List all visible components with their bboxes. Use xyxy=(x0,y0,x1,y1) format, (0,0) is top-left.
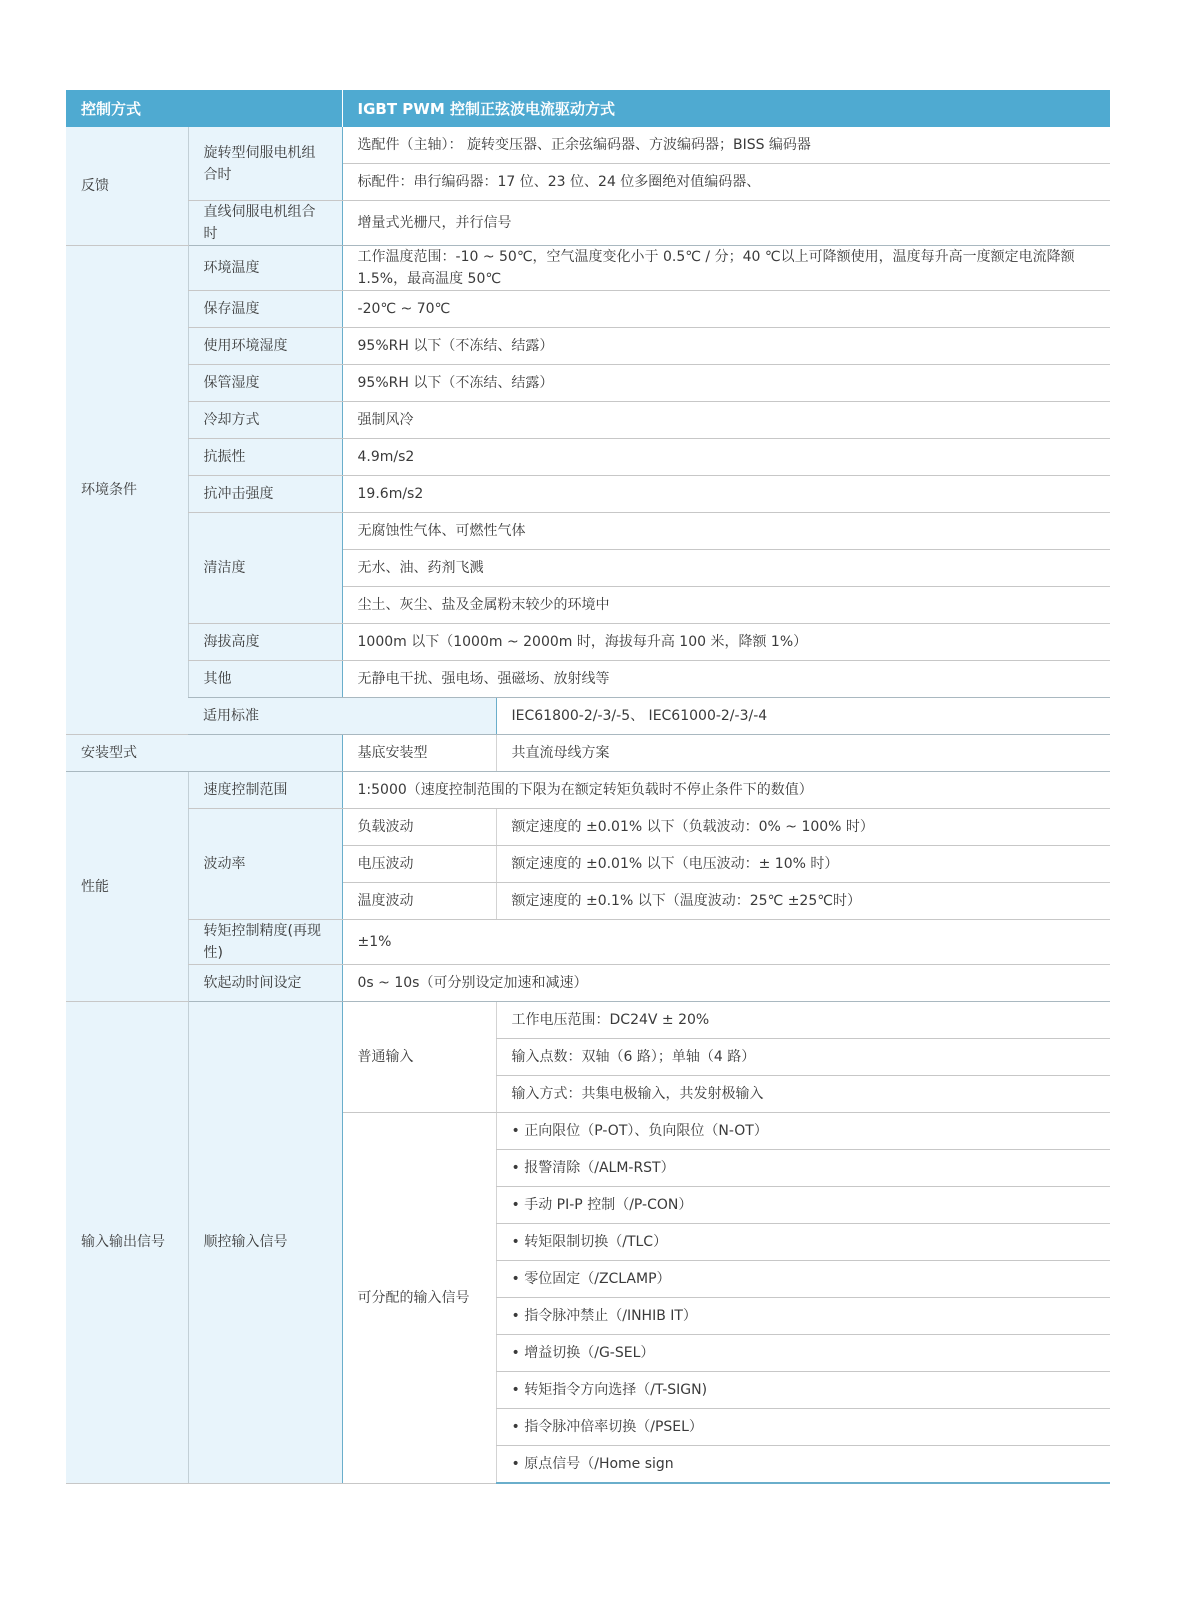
table-row: 保存温度 -20℃ ~ 70℃ xyxy=(66,291,1110,328)
row-sublabel: 可分配的输入信号 xyxy=(342,1113,496,1484)
row-value: 强制风冷 xyxy=(342,402,1110,439)
row-value: 1:5000（速度控制范围的下限为在额定转矩负载时不停止条件下的数值） xyxy=(342,772,1110,809)
table-row: 转矩控制精度(再现性) ±1% xyxy=(66,920,1110,965)
table-header-row: 控制方式 IGBT PWM 控制正弦波电流驱动方式 xyxy=(66,90,1110,127)
row-value: 共直流母线方案 xyxy=(496,735,1110,772)
table-row: 抗振性 4.9m/s2 xyxy=(66,439,1110,476)
row-value: 输入点数：双轴（6 路）；单轴（4 路） xyxy=(496,1039,1110,1076)
row-value: 95%RH 以下（不冻结、结露） xyxy=(342,365,1110,402)
row-value: 19.6m/s2 xyxy=(342,476,1110,513)
table-row: 安装型式 基底安装型 共直流母线方案 xyxy=(66,735,1110,772)
row-value: 额定速度的 ±0.1% 以下（温度波动：25℃ ±25℃时） xyxy=(496,883,1110,920)
row-label: 速度控制范围 xyxy=(188,772,342,809)
row-value: 无水、油、药剂飞溅 xyxy=(342,550,1110,587)
row-value: 95%RH 以下（不冻结、结露） xyxy=(342,328,1110,365)
list-item: • 转矩限制切换（/TLC） xyxy=(496,1224,1110,1261)
row-label: 直线伺服电机组合时 xyxy=(188,201,342,246)
table-row: 抗冲击强度 19.6m/s2 xyxy=(66,476,1110,513)
row-label-standards: 适用标准 xyxy=(188,698,496,735)
list-item: • 正向限位（P-OT）、负向限位（N-OT） xyxy=(496,1113,1110,1150)
row-label: 清洁度 xyxy=(188,513,342,624)
table-row: 直线伺服电机组合时 增量式光栅尺，并行信号 xyxy=(66,201,1110,246)
row-value: 1000m 以下（1000m ~ 2000m 时，海拔每升高 100 米，降额 … xyxy=(342,624,1110,661)
row-label: 转矩控制精度(再现性) xyxy=(188,920,342,965)
row-value: 基底安装型 xyxy=(342,735,496,772)
row-value: ±1% xyxy=(342,920,1110,965)
table-row: 清洁度 无腐蚀性气体、可燃性气体 xyxy=(66,513,1110,550)
row-value: 尘土、灰尘、盐及金属粉末较少的环境中 xyxy=(342,587,1110,624)
row-value: 标配件：串行编码器：17 位、23 位、24 位多圈绝对值编码器、 xyxy=(342,164,1110,201)
table-row: 波动率 负载波动 额定速度的 ±0.01% 以下（负载波动：0% ~ 100% … xyxy=(66,809,1110,846)
row-label: 波动率 xyxy=(188,809,342,920)
row-value: 输入方式：共集电极输入，共发射极输入 xyxy=(496,1076,1110,1113)
group-label-performance: 性能 xyxy=(66,772,188,1002)
row-label: 其他 xyxy=(188,661,342,698)
row-value: 额定速度的 ±0.01% 以下（负载波动：0% ~ 100% 时） xyxy=(496,809,1110,846)
row-value: 选配件（主轴）： 旋转变压器、正余弦编码器、方波编码器；BISS 编码器 xyxy=(342,127,1110,164)
list-item: • 增益切换（/G-SEL） xyxy=(496,1335,1110,1372)
row-sublabel: 温度波动 xyxy=(342,883,496,920)
table-row: 环境条件 环境温度 工作温度范围：-10 ~ 50℃，空气温度变化小于 0.5℃… xyxy=(66,246,1110,291)
table-row: 性能 速度控制范围 1:5000（速度控制范围的下限为在额定转矩负载时不停止条件… xyxy=(66,772,1110,809)
group-label-environment: 环境条件 xyxy=(66,246,188,735)
row-sublabel: 电压波动 xyxy=(342,846,496,883)
row-value: 工作温度范围：-10 ~ 50℃，空气温度变化小于 0.5℃ / 分；40 ℃以… xyxy=(342,246,1110,291)
row-label: 顺控输入信号 xyxy=(188,1002,342,1484)
header-control-mode: 控制方式 xyxy=(66,90,342,127)
row-value: 4.9m/s2 xyxy=(342,439,1110,476)
row-value: IEC61800-2/-3/-5、 IEC61000-2/-3/-4 xyxy=(496,698,1110,735)
list-item: • 零位固定（/ZCLAMP） xyxy=(496,1261,1110,1298)
row-sublabel: 负载波动 xyxy=(342,809,496,846)
row-label: 旋转型伺服电机组合时 xyxy=(188,127,342,201)
row-value: 无腐蚀性气体、可燃性气体 xyxy=(342,513,1110,550)
table-row: 海拔高度 1000m 以下（1000m ~ 2000m 时，海拔每升高 100 … xyxy=(66,624,1110,661)
list-item: • 指令脉冲禁止（/INHIB IT） xyxy=(496,1298,1110,1335)
header-control-value: IGBT PWM 控制正弦波电流驱动方式 xyxy=(342,90,1110,127)
row-label: 保存温度 xyxy=(188,291,342,328)
list-item: • 转矩指令方向选择（/T-SIGN) xyxy=(496,1372,1110,1409)
table-row: 适用标准 IEC61800-2/-3/-5、 IEC61000-2/-3/-4 xyxy=(66,698,1110,735)
row-label-mounting: 安装型式 xyxy=(66,735,342,772)
spec-table: 控制方式 IGBT PWM 控制正弦波电流驱动方式 反馈 旋转型伺服电机组合时 … xyxy=(66,90,1110,1484)
table-row: 冷却方式 强制风冷 xyxy=(66,402,1110,439)
list-item: • 指令脉冲倍率切换（/PSEL） xyxy=(496,1409,1110,1446)
row-value: 无静电干扰、强电场、强磁场、放射线等 xyxy=(342,661,1110,698)
row-value: 0s ~ 10s（可分别设定加速和减速） xyxy=(342,965,1110,1002)
group-label-feedback: 反馈 xyxy=(66,127,188,246)
row-label: 海拔高度 xyxy=(188,624,342,661)
row-label: 冷却方式 xyxy=(188,402,342,439)
table-row: 其他 无静电干扰、强电场、强磁场、放射线等 xyxy=(66,661,1110,698)
row-value: 增量式光栅尺，并行信号 xyxy=(342,201,1110,246)
list-item: • 手动 PI-P 控制（/P-CON） xyxy=(496,1187,1110,1224)
table-row: 反馈 旋转型伺服电机组合时 选配件（主轴）： 旋转变压器、正余弦编码器、方波编码… xyxy=(66,127,1110,164)
table-row: 软起动时间设定 0s ~ 10s（可分别设定加速和减速） xyxy=(66,965,1110,1002)
row-label: 软起动时间设定 xyxy=(188,965,342,1002)
row-label: 抗振性 xyxy=(188,439,342,476)
table-row: 使用环境湿度 95%RH 以下（不冻结、结露） xyxy=(66,328,1110,365)
table-row: 输入输出信号 顺控输入信号 普通输入 工作电压范围：DC24V ± 20% xyxy=(66,1002,1110,1039)
row-label: 使用环境湿度 xyxy=(188,328,342,365)
row-value: -20℃ ~ 70℃ xyxy=(342,291,1110,328)
row-sublabel: 普通输入 xyxy=(342,1002,496,1113)
list-item: • 报警清除（/ALM-RST） xyxy=(496,1150,1110,1187)
table-row: 保管湿度 95%RH 以下（不冻结、结露） xyxy=(66,365,1110,402)
row-value: 工作电压范围：DC24V ± 20% xyxy=(496,1002,1110,1039)
row-label: 保管湿度 xyxy=(188,365,342,402)
group-label-io: 输入输出信号 xyxy=(66,1002,188,1484)
list-item: • 原点信号（/Home sign xyxy=(496,1446,1110,1484)
row-value: 额定速度的 ±0.01% 以下（电压波动：± 10% 时） xyxy=(496,846,1110,883)
row-label: 抗冲击强度 xyxy=(188,476,342,513)
row-label: 环境温度 xyxy=(188,246,342,291)
